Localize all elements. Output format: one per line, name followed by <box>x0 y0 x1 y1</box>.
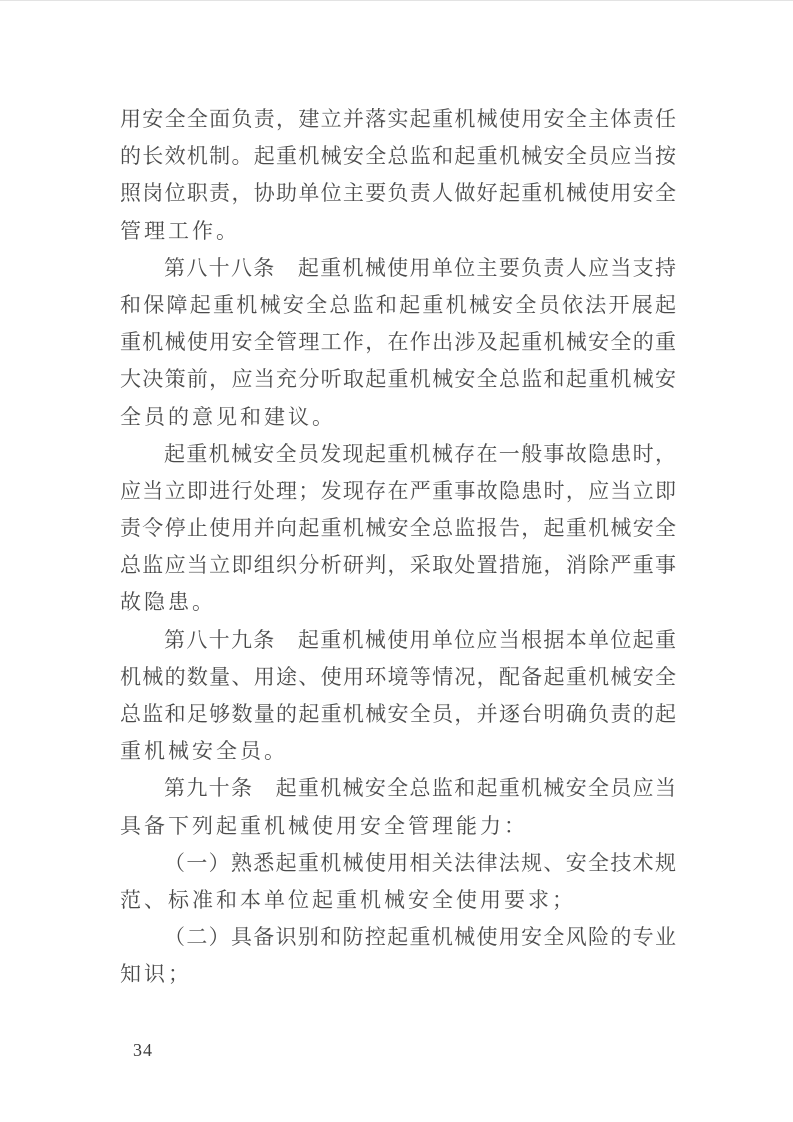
text-line: 总监应当立即组织分析研判，采取处置措施，消除严重事 <box>120 547 677 584</box>
text-line: 管理工作。 <box>120 213 677 250</box>
article-90-item-2: （二）具备识别和防控起重机械使用安全风险的专业知识； <box>120 919 677 993</box>
text-line: （二）具备识别和防控起重机械使用安全风险的专业 <box>120 919 677 956</box>
text-line: 第八十九条 起重机械使用单位应当根据本单位起重 <box>120 622 677 659</box>
scan-edge-artifact <box>0 0 793 1</box>
text-line: 全员的意见和建议。 <box>120 399 677 436</box>
text-line: 重机械安全员。 <box>120 733 677 770</box>
text-line: 总监和足够数量的起重机械安全员，并逐台明确负责的起 <box>120 696 677 733</box>
text-line: 知识； <box>120 956 677 993</box>
text-line: （一）熟悉起重机械使用相关法律法规、安全技术规 <box>120 845 677 882</box>
text-line: 重机械使用安全管理工作，在作出涉及起重机械安全的重 <box>120 324 677 361</box>
article-90-item-1: （一）熟悉起重机械使用相关法律法规、安全技术规范、标准和本单位起重机械安全使用要… <box>120 845 677 919</box>
article-89: 第八十九条 起重机械使用单位应当根据本单位起重机械的数量、用途、使用环境等情况，… <box>120 622 677 771</box>
article-88-paragraph-2: 起重机械安全员发现起重机械存在一般事故隐患时，应当立即进行处理；发现存在严重事故… <box>120 436 677 622</box>
text-line: 具备下列起重机械使用安全管理能力： <box>120 808 677 845</box>
text-line: 第九十条 起重机械安全总监和起重机械安全员应当 <box>120 770 677 807</box>
text-line: 照岗位职责，协助单位主要负责人做好起重机械使用安全 <box>120 175 677 212</box>
document-page: 用安全全面负责，建立并落实起重机械使用安全主体责任的长效机制。起重机械安全总监和… <box>0 0 793 1122</box>
paragraph-continuation: 用安全全面负责，建立并落实起重机械使用安全主体责任的长效机制。起重机械安全总监和… <box>120 101 677 250</box>
text-line: 范、标准和本单位起重机械安全使用要求； <box>120 882 677 919</box>
article-90: 第九十条 起重机械安全总监和起重机械安全员应当具备下列起重机械使用安全管理能力： <box>120 770 677 844</box>
article-88: 第八十八条 起重机械使用单位主要负责人应当支持和保障起重机械安全总监和起重机械安… <box>120 250 677 436</box>
text-line: 大决策前，应当充分听取起重机械安全总监和起重机械安 <box>120 361 677 398</box>
text-line: 故隐患。 <box>120 584 677 621</box>
text-line: 应当立即进行处理；发现存在严重事故隐患时，应当立即 <box>120 473 677 510</box>
text-line: 的长效机制。起重机械安全总监和起重机械安全员应当按 <box>120 138 677 175</box>
text-line: 和保障起重机械安全总监和起重机械安全员依法开展起 <box>120 287 677 324</box>
text-block: 用安全全面负责，建立并落实起重机械使用安全主体责任的长效机制。起重机械安全总监和… <box>120 101 677 994</box>
page-number: 34 <box>133 1038 153 1062</box>
text-line: 第八十八条 起重机械使用单位主要负责人应当支持 <box>120 250 677 287</box>
text-line: 起重机械安全员发现起重机械存在一般事故隐患时， <box>120 436 677 473</box>
text-line: 机械的数量、用途、使用环境等情况，配备起重机械安全 <box>120 659 677 696</box>
text-line: 用安全全面负责，建立并落实起重机械使用安全主体责任 <box>120 101 677 138</box>
text-line: 责令停止使用并向起重机械安全总监报告，起重机械安全 <box>120 510 677 547</box>
